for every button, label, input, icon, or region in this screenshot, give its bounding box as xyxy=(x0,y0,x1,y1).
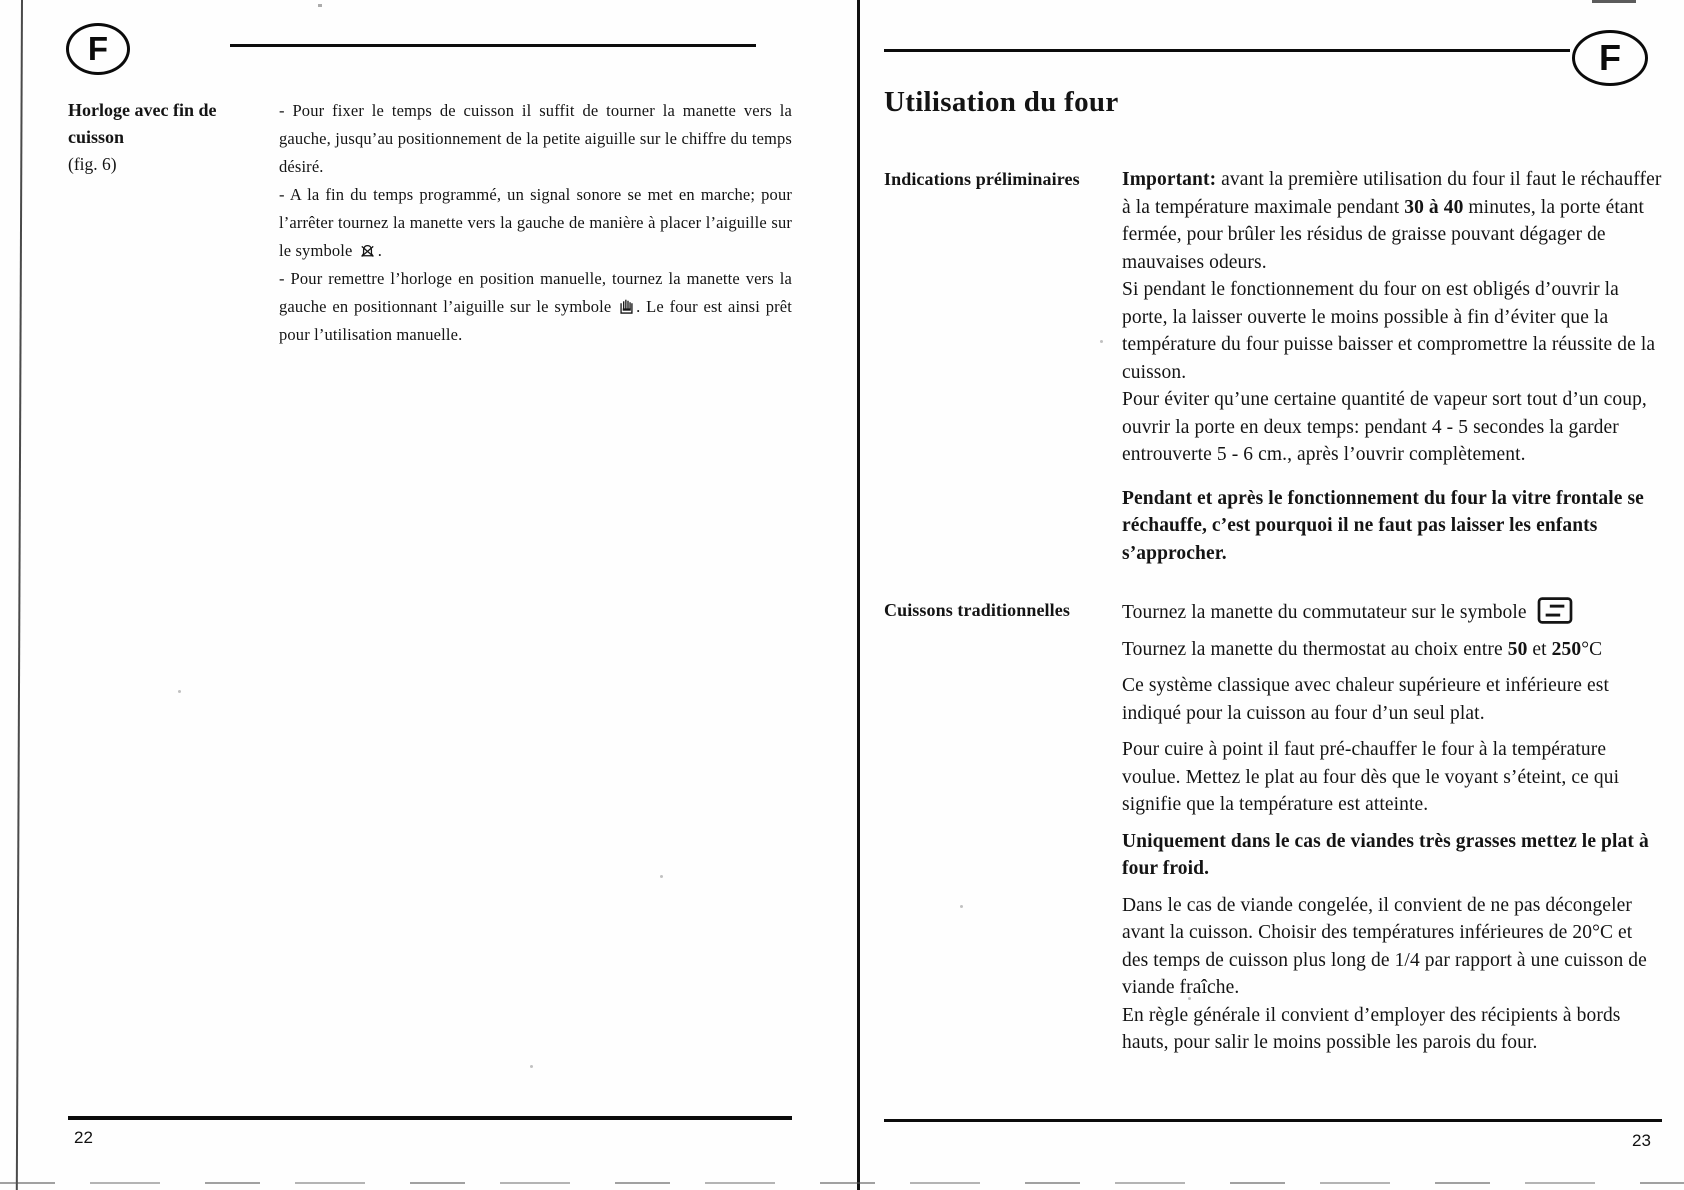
scan-speck xyxy=(660,875,663,878)
section-body-text: Tournez la manette du commutateur sur le… xyxy=(1122,597,1662,1057)
paragraph: Si pendant le fonctionnement du four on … xyxy=(1122,276,1662,386)
section-body-text: Important: avant la première utilisation… xyxy=(1122,166,1662,567)
text-run: En règle générale il convient d’employer… xyxy=(1122,1005,1620,1054)
text-run: Tournez la manette du thermostat au choi… xyxy=(1122,639,1508,660)
scan-top-artifact xyxy=(318,4,322,7)
region-badge-f-right: F xyxy=(1572,30,1648,86)
text-run: Si pendant le fonctionnement du four on … xyxy=(1122,279,1655,383)
paragraph: Dans le cas de viande congelée, il convi… xyxy=(1122,892,1662,1002)
paragraph: Pour éviter qu’une certaine quantité de … xyxy=(1122,386,1662,469)
paragraph: Ce système classique avec chaleur supéri… xyxy=(1122,672,1662,727)
paragraph: Tournez la manette du commutateur sur le… xyxy=(1122,597,1662,627)
page-title: Utilisation du four xyxy=(884,86,1662,119)
header-rule-right xyxy=(884,49,1570,52)
text-run: Pendant et après le fonctionnement du fo… xyxy=(1122,488,1644,564)
page-number-left: 22 xyxy=(74,1128,93,1148)
footer-rule-right xyxy=(884,1119,1662,1122)
paragraph: Uniquement dans le cas de viandes très g… xyxy=(1122,828,1662,883)
scan-top-artifact xyxy=(1592,0,1636,3)
scan-speck xyxy=(530,1065,533,1068)
section-body-text: - Pour fixer le temps de cuisson il suff… xyxy=(279,97,792,349)
paragraph: - Pour remettre l’horloge en position ma… xyxy=(279,265,792,349)
section-indications-preliminaires: Indications préliminaires Important: ava… xyxy=(884,166,1662,567)
text-run: Ce système classique avec chaleur supéri… xyxy=(1122,675,1609,724)
region-letter: F xyxy=(1599,37,1621,79)
text-run: Pour éviter qu’une certaine quantité de … xyxy=(1122,389,1647,465)
header-rule-left xyxy=(230,44,756,47)
text-run: et xyxy=(1527,639,1551,660)
text-run: 50 xyxy=(1508,639,1528,660)
text-run: Important: xyxy=(1122,169,1216,190)
paragraph: Pendant et après le fonctionnement du fo… xyxy=(1122,485,1662,568)
text-run: °C xyxy=(1581,639,1602,660)
scan-edge-line xyxy=(16,0,23,1190)
text-run: 30 à 40 xyxy=(1404,197,1463,218)
manual-hand-icon xyxy=(619,297,634,315)
scanned-manual-spread: F Horloge avec fin de cuisson (fig. 6) -… xyxy=(0,0,1684,1190)
alarm-bell-crossed-icon xyxy=(359,244,376,259)
page-divider-line xyxy=(857,0,860,1190)
text-run: - Pour fixer le temps de cuisson il suff… xyxy=(279,101,792,176)
section-heading: Indications préliminaires xyxy=(884,166,1122,193)
text-run: Dans le cas de viande congelée, il convi… xyxy=(1122,895,1647,999)
section-cuissons-traditionnelles: Cuissons traditionnelles Tournez la mane… xyxy=(884,597,1662,1057)
scan-speck xyxy=(178,690,181,693)
section-label-column: Horloge avec fin de cuisson (fig. 6) xyxy=(68,97,279,349)
oven-top-bottom-heat-icon xyxy=(1537,597,1573,624)
paragraph: En règle générale il convient d’employer… xyxy=(1122,1002,1662,1057)
right-page-content: Utilisation du four Indications prélimin… xyxy=(884,86,1662,1057)
region-badge-f-left: F xyxy=(66,23,130,75)
scan-bottom-edge xyxy=(0,1182,1684,1184)
figure-reference: (fig. 6) xyxy=(68,151,279,178)
section-heading: Cuissons traditionnelles xyxy=(884,597,1122,624)
section-heading: Horloge avec fin de cuisson xyxy=(68,97,250,151)
paragraph: Tournez la manette du thermostat au choi… xyxy=(1122,636,1662,664)
text-run: - A la fin du temps programmé, un signal… xyxy=(279,185,792,260)
text-run: Uniquement dans le cas de viandes très g… xyxy=(1122,831,1649,880)
left-page-content: Horloge avec fin de cuisson (fig. 6) - P… xyxy=(68,97,792,349)
page-number-right: 23 xyxy=(1632,1131,1651,1151)
paragraph: - A la fin du temps programmé, un signal… xyxy=(279,181,792,265)
text-run: 250 xyxy=(1552,639,1582,660)
text-run: Pour cuire à point il faut pré-chauffer … xyxy=(1122,739,1619,815)
text-run: Tournez la manette du commutateur sur le… xyxy=(1122,602,1527,623)
paragraph: Pour cuire à point il faut pré-chauffer … xyxy=(1122,736,1662,819)
footer-rule-left xyxy=(68,1116,792,1120)
paragraph: - Pour fixer le temps de cuisson il suff… xyxy=(279,97,792,181)
text-run: . xyxy=(378,241,382,260)
paragraph: Important: avant la première utilisation… xyxy=(1122,166,1662,276)
region-letter: F xyxy=(88,30,108,68)
